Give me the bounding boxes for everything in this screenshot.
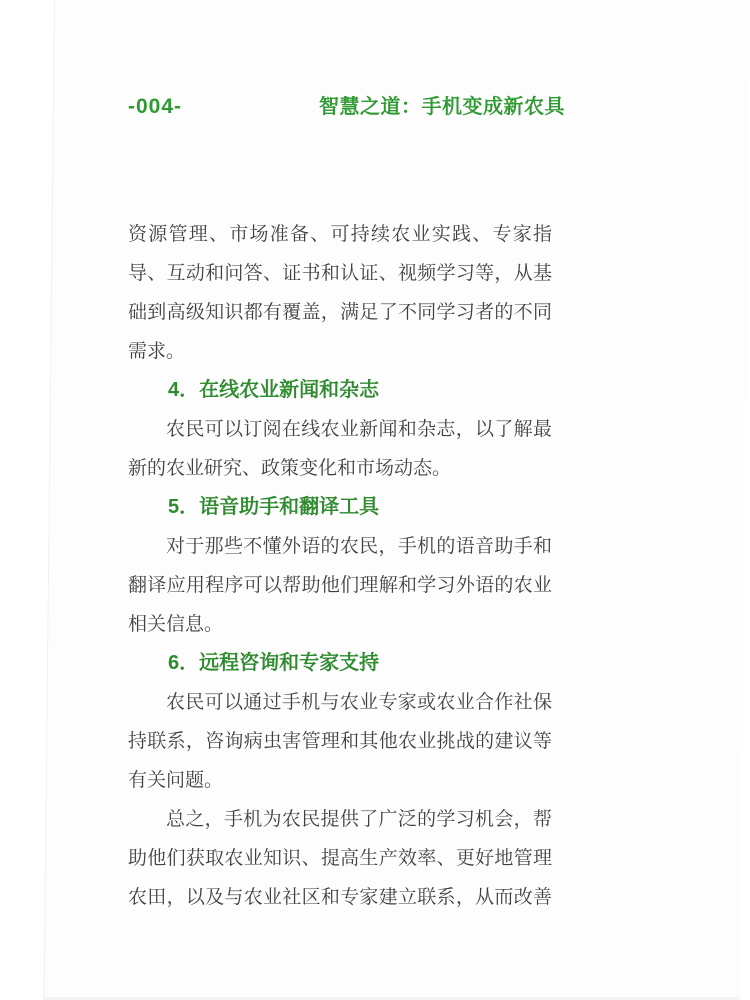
- paragraph-section-4: 农民可以订阅在线农业新闻和杂志，以了解最新的农业研究、政策变化和市场动态。: [128, 410, 552, 488]
- section-heading-5: 5．语音助手和翻译工具: [128, 488, 552, 527]
- paragraph-section-5: 对于那些不懂外语的农民，手机的语音助手和翻译应用程序可以帮助他们理解和学习外语的…: [128, 527, 552, 644]
- section-heading-6: 6．远程咨询和专家支持: [128, 644, 552, 683]
- page-body: 资源管理、市场准备、可持续农业实践、专家指导、互动和问答、证书和认证、视频学习等…: [128, 215, 552, 917]
- paragraph-continued-from-previous-page: 资源管理、市场准备、可持续农业实践、专家指导、互动和问答、证书和认证、视频学习等…: [128, 215, 552, 371]
- running-title: 智慧之道：手机变成新农具: [319, 90, 565, 119]
- paragraph-section-6: 农民可以通过手机与农业专家或农业合作社保持联系，咨询病虫害管理和其他农业挑战的建…: [128, 683, 552, 800]
- paragraph-summary-cut-off: 总之，手机为农民提供了广泛的学习机会，帮助他们获取农业知识、提高生产效率、更好地…: [128, 800, 552, 917]
- page-header: -004- 智慧之道：手机变成新农具: [128, 90, 565, 119]
- page-content-column: -004- 智慧之道：手机变成新农具 资源管理、市场准备、可持续农业实践、专家指…: [128, 0, 552, 917]
- section-heading-4: 4．在线农业新闻和杂志: [128, 371, 552, 410]
- page-number: -004-: [128, 95, 182, 119]
- book-page-scan: -004- 智慧之道：手机变成新农具 资源管理、市场准备、可持续农业实践、专家指…: [0, 0, 750, 1000]
